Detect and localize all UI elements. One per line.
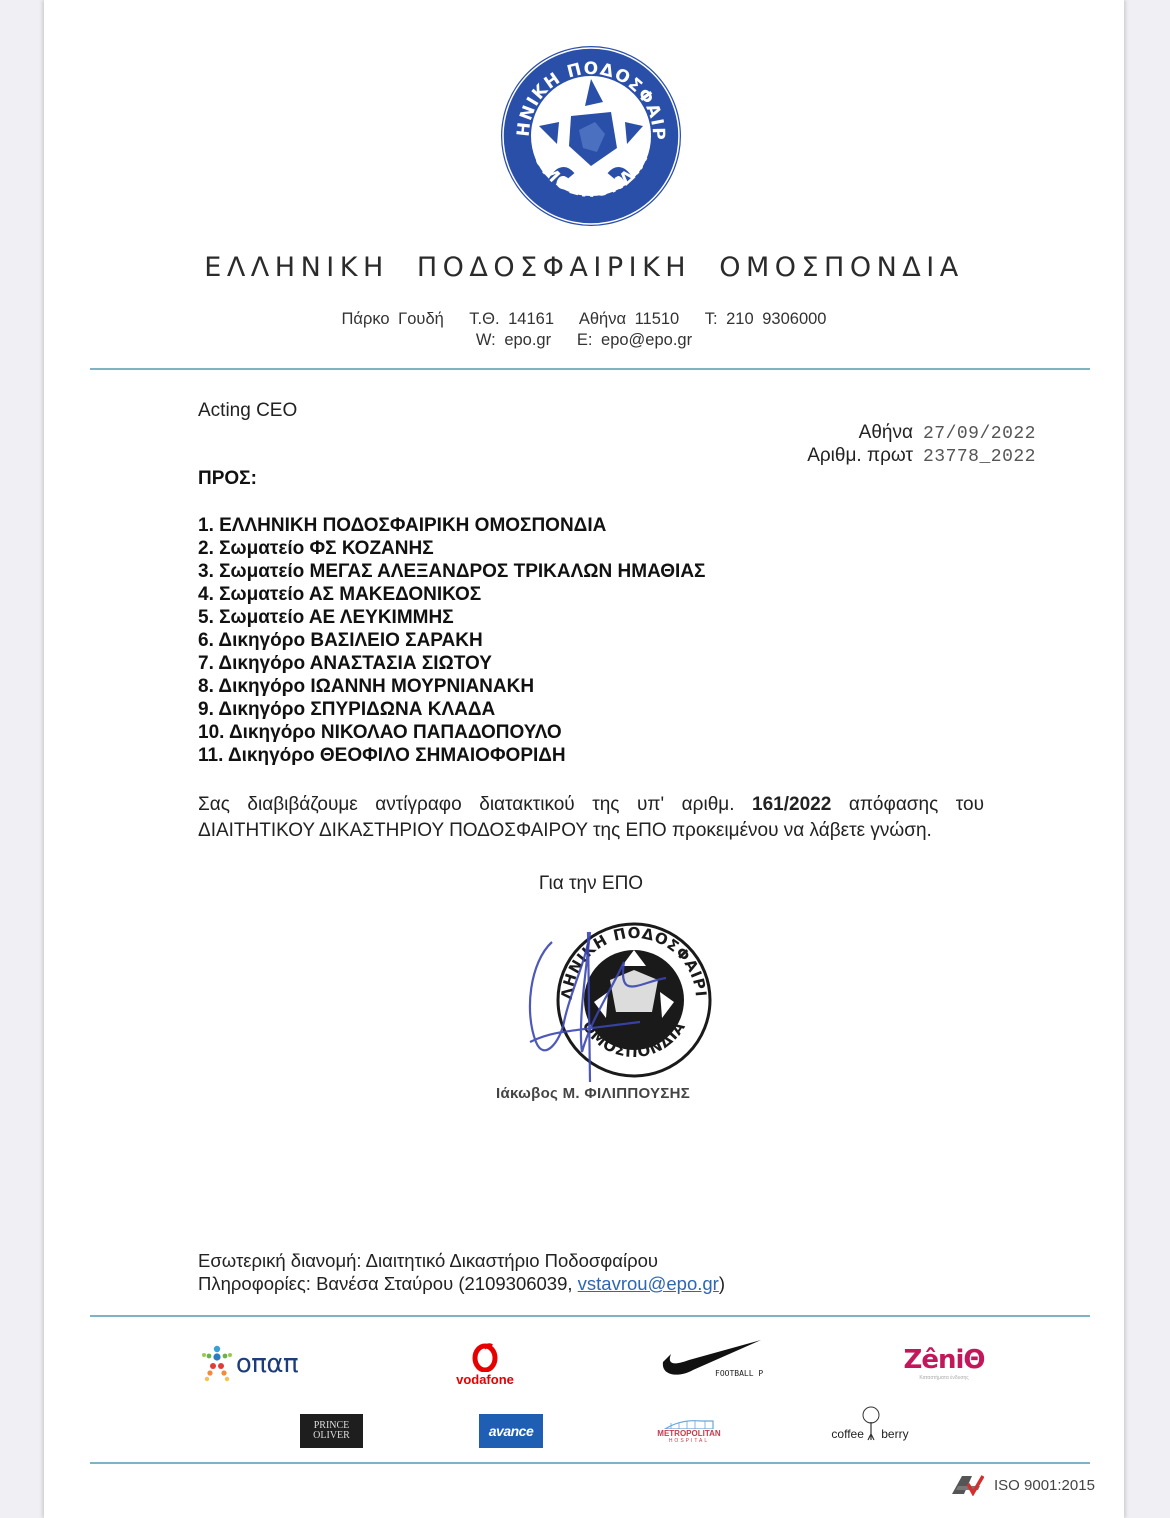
avance-logo-text: avance — [489, 1423, 533, 1439]
sponsor-avance: avance — [479, 1414, 543, 1448]
sponsor-opap: οπαπ — [194, 1340, 304, 1388]
letter-body: Σας διαβιβάζουμε αντίγραφο διατακτικού τ… — [198, 792, 984, 844]
signer-name: Ιάκωβος Μ. ΦΙΛΙΠΠΟΥΣΗΣ — [496, 1085, 690, 1102]
sponsor-vodafone: vodafone — [440, 1336, 530, 1392]
hospital-building-icon — [661, 1417, 717, 1429]
recipient-item: 5. Σωματείο ΑΕ ΛΕΥΚΙΜΜΗΣ — [198, 606, 705, 629]
metropolitan-subtitle: HOSPITAL — [669, 1438, 709, 1444]
nike-swoosh-icon: FOOTBALL PRO™ — [659, 1336, 763, 1390]
protocol-row: Αριθμ. πρωτ23778_2022 — [807, 445, 1036, 467]
recipient-item: 9. Δικηγόρο ΣΠΥΡΙΔΩΝΑ ΚΛΑΔΑ — [198, 698, 705, 721]
metropolitan-logo-text: METROPOLITAN — [657, 1429, 720, 1438]
footer-divider-bottom — [90, 1462, 1090, 1464]
contact-email-link[interactable]: vstavrou@epo.gr — [578, 1273, 719, 1294]
sender-title: Acting CEO — [198, 400, 297, 422]
decision-number: 161/2022 — [752, 794, 831, 815]
prince-oliver-logo-text: PRINCE OLIVER — [312, 1421, 352, 1441]
recipients-list: 1. ΕΛΛΗΝΙΚΗ ΠΟΔΟΣΦΑΙΡΙΚΗ ΟΜΟΣΠΟΝΔΙΑ 2. Σ… — [198, 514, 705, 767]
opap-star-icon — [200, 1344, 234, 1384]
certification-mark-icon — [950, 1474, 984, 1496]
svg-text:FOOTBALL PRO™: FOOTBALL PRO™ — [715, 1369, 763, 1378]
tree-icon — [860, 1406, 882, 1442]
recipient-item: 11. Δικηγόρο ΘΕΟΦΙΛΟ ΣΗΜΑΙΟΦΟΡΙΔΗ — [198, 744, 705, 767]
vodafone-icon — [472, 1342, 498, 1372]
recipient-item: 3. Σωματείο ΜΕΓΑΣ ΑΛΕΞΑΝΔΡΟΣ ΤΡΙΚΑΛΩΝ ΗΜ… — [198, 560, 705, 583]
recipient-item: 10. Δικηγόρο ΝΙΚΟΛΑΟ ΠΑΠΑΔΟΠΟΥΛΟ — [198, 721, 705, 744]
zenith-subtitle: Καταστήματα ένδυσης — [919, 1375, 968, 1381]
header-divider — [90, 368, 1090, 370]
recipient-item: 8. Δικηγόρο ΙΩΑΝΝΗ ΜΟΥΡΝΙΑΝΑΚΗ — [198, 675, 705, 698]
vodafone-logo-text: vodafone — [456, 1372, 514, 1387]
sponsor-prince-oliver: PRINCE OLIVER — [300, 1414, 363, 1448]
sponsor-metropolitan: METROPOLITAN HOSPITAL — [650, 1414, 728, 1446]
epo-logo-icon: ΕΛΛΗΝΙΚΗ ΠΟΔΟΣΦΑΙΡΙΚΗ ΟΜΟΣΠΟΝΔΙΑ — [499, 44, 683, 228]
recipient-item: 4. Σωματείο ΑΣ ΜΑΚΕΔΟΝΙΚΟΣ — [198, 583, 705, 606]
footer-divider-top — [90, 1315, 1090, 1317]
letter-page: ΕΛΛΗΝΙΚΗ ΠΟΔΟΣΦΑΙΡΙΚΗ ΟΜΟΣΠΟΝΔΙΑ ΕΛΛΗΝΙΚ… — [44, 0, 1124, 1518]
closing-text: Για την ΕΠΟ — [44, 873, 1138, 895]
letter-date: 27/09/2022 — [923, 424, 1036, 444]
contact-info-text: Πληροφορίες: Βανέσα Σταύρου (2109306039, — [198, 1273, 578, 1294]
recipient-item: 6. Δικηγόρο ΒΑΣΙΛΕΙΟ ΣΑΡΑΚΗ — [198, 629, 705, 652]
date-row: Αθήνα27/09/2022 — [859, 422, 1036, 444]
place-label: Αθήνα — [859, 422, 913, 443]
protocol-number: 23778_2022 — [923, 447, 1036, 467]
recipient-item: 7. Δικηγόρο ΑΝΑΣΤΑΣΙΑ ΣΙΩΤΟΥ — [198, 652, 705, 675]
recipient-item: 2. Σωματείο ΦΣ ΚΟΖΑΝΗΣ — [198, 537, 705, 560]
opap-logo-text: οπαπ — [236, 1349, 298, 1379]
address-line-2: W: epo.gr E: epo@epo.gr — [44, 331, 1124, 350]
recipient-item: 1. ΕΛΛΗΝΙΚΗ ΠΟΔΟΣΦΑΙΡΙΚΗ ΟΜΟΣΠΟΝΔΙΑ — [198, 514, 705, 537]
sponsor-nike: FOOTBALL PRO™ — [656, 1336, 766, 1390]
certification: ISO 9001:2015 — [950, 1474, 1095, 1496]
protocol-label: Αριθμ. πρωτ — [807, 445, 913, 466]
internal-distribution: Εσωτερική διανομή: Διαιτητικό Δικαστήριο… — [198, 1250, 658, 1272]
address-line-1: Πάρκο Γουδή Τ.Θ. 14161 Αθήνα 11510 Τ: 21… — [44, 310, 1124, 329]
to-label: ΠΡΟΣ: — [198, 468, 257, 490]
contact-info-suffix: ) — [719, 1273, 725, 1294]
official-stamp-icon: ΕΛΛΗΝΙΚΗ ΠΟΔΟΣΦΑΙΡΙΚΗ ΟΜΟΣΠΟΝΔΙΑ — [490, 922, 720, 1092]
organization-name: ΕΛΛΗΝΙΚΗ ΠΟΔΟΣΦΑΙΡΙΚΗ ΟΜΟΣΠΟΝΔΙΑ — [44, 252, 1124, 283]
zenith-logo-text: ZêniΘ — [903, 1345, 984, 1375]
sponsor-coffee-berry: coffee berry — [828, 1406, 912, 1444]
contact-info: Πληροφορίες: Βανέσα Σταύρου (2109306039,… — [198, 1273, 725, 1295]
sponsor-zenith: ZêniΘ Καταστήματα ένδυσης — [894, 1340, 994, 1386]
iso-certification-text: ISO 9001:2015 — [994, 1477, 1095, 1494]
body-text-start: Σας διαβιβάζουμε αντίγραφο διατακτικού τ… — [198, 794, 735, 815]
